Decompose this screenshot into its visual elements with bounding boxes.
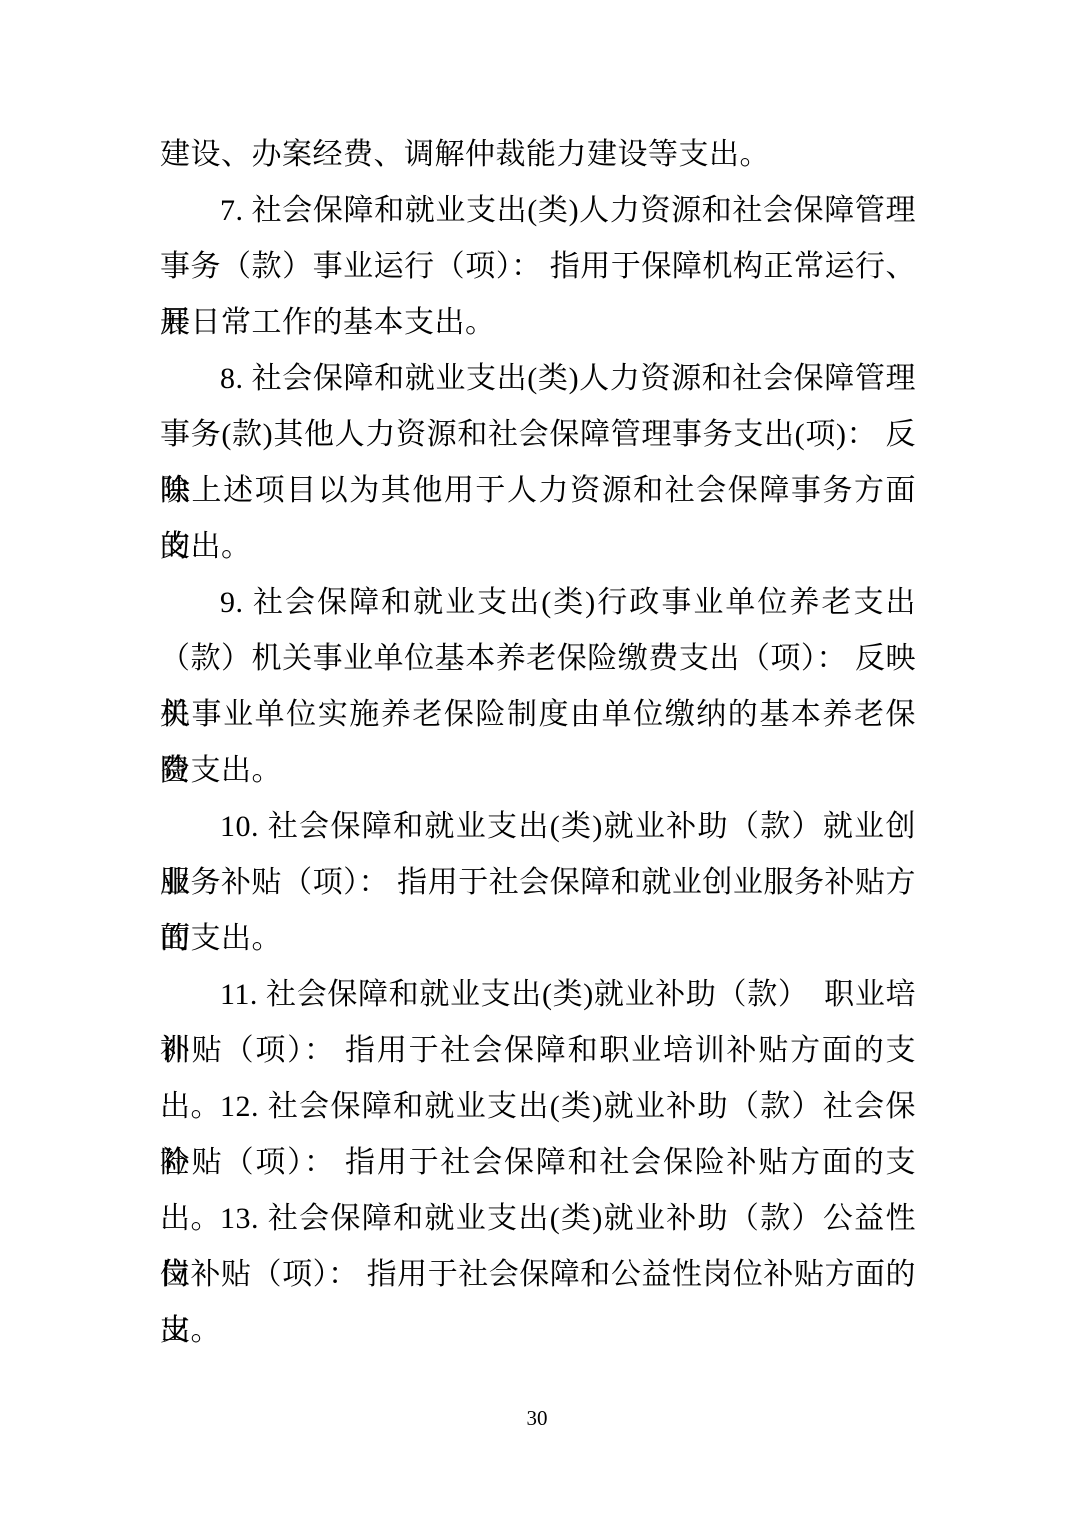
- text-line: 13. 社会保障和就业支出(类)就业补助（款）公益性岗: [160, 1191, 916, 1247]
- text-line: 的支出。: [160, 911, 916, 967]
- text-line: 9. 社会保障和就业支出(类)行政事业单位养老支出: [160, 575, 916, 631]
- text-line: 费支出。: [160, 743, 916, 799]
- text-line: 建设、办案经费、调解仲裁能力建设等支出。: [160, 127, 916, 183]
- page-number: 30: [0, 1405, 1074, 1431]
- text-line: 支出。: [160, 519, 916, 575]
- text-line: 11. 社会保障和就业支出(类)就业补助（款） 职业培训: [160, 967, 916, 1023]
- text-line: 位补贴（项）： 指用于社会保障和公益性岗位补贴方面的支: [160, 1247, 916, 1303]
- text-line: 事务(款)其他人力资源和社会保障管理事务支出(项)： 反映: [160, 407, 916, 463]
- text-line: 补贴（项）： 指用于社会保障和职业培训补贴方面的支出。: [160, 1023, 916, 1079]
- text-line: 10. 社会保障和就业支出(类)就业补助（款）就业创业: [160, 799, 916, 855]
- text-line: 8. 社会保障和就业支出(类)人力资源和社会保障管理: [160, 351, 916, 407]
- text-line: 除上述项目以为其他用于人力资源和社会保障事务方面的: [160, 463, 916, 519]
- text-line: 关事业单位实施养老保险制度由单位缴纳的基本养老保险: [160, 687, 916, 743]
- text-line: （款）机关事业单位基本养老保险缴费支出（项）： 反映机: [160, 631, 916, 687]
- document-page: 建设、办案经费、调解仲裁能力建设等支出。 7. 社会保障和就业支出(类)人力资源…: [0, 0, 1074, 1520]
- text-line: 12. 社会保障和就业支出(类)就业补助（款）社会保险: [160, 1079, 916, 1135]
- text-line: 展日常工作的基本支出。: [160, 295, 916, 351]
- text-line: 事务（款）事业运行（项）： 指用于保障机构正常运行、开: [160, 239, 916, 295]
- text-line: 补贴（项）： 指用于社会保障和社会保险补贴方面的支出。: [160, 1135, 916, 1191]
- text-line: 服务补贴（项）： 指用于社会保障和就业创业服务补贴方面: [160, 855, 916, 911]
- text-line: 出。: [160, 1303, 916, 1359]
- body-text: 建设、办案经费、调解仲裁能力建设等支出。 7. 社会保障和就业支出(类)人力资源…: [160, 127, 916, 1359]
- text-line: 7. 社会保障和就业支出(类)人力资源和社会保障管理: [160, 183, 916, 239]
